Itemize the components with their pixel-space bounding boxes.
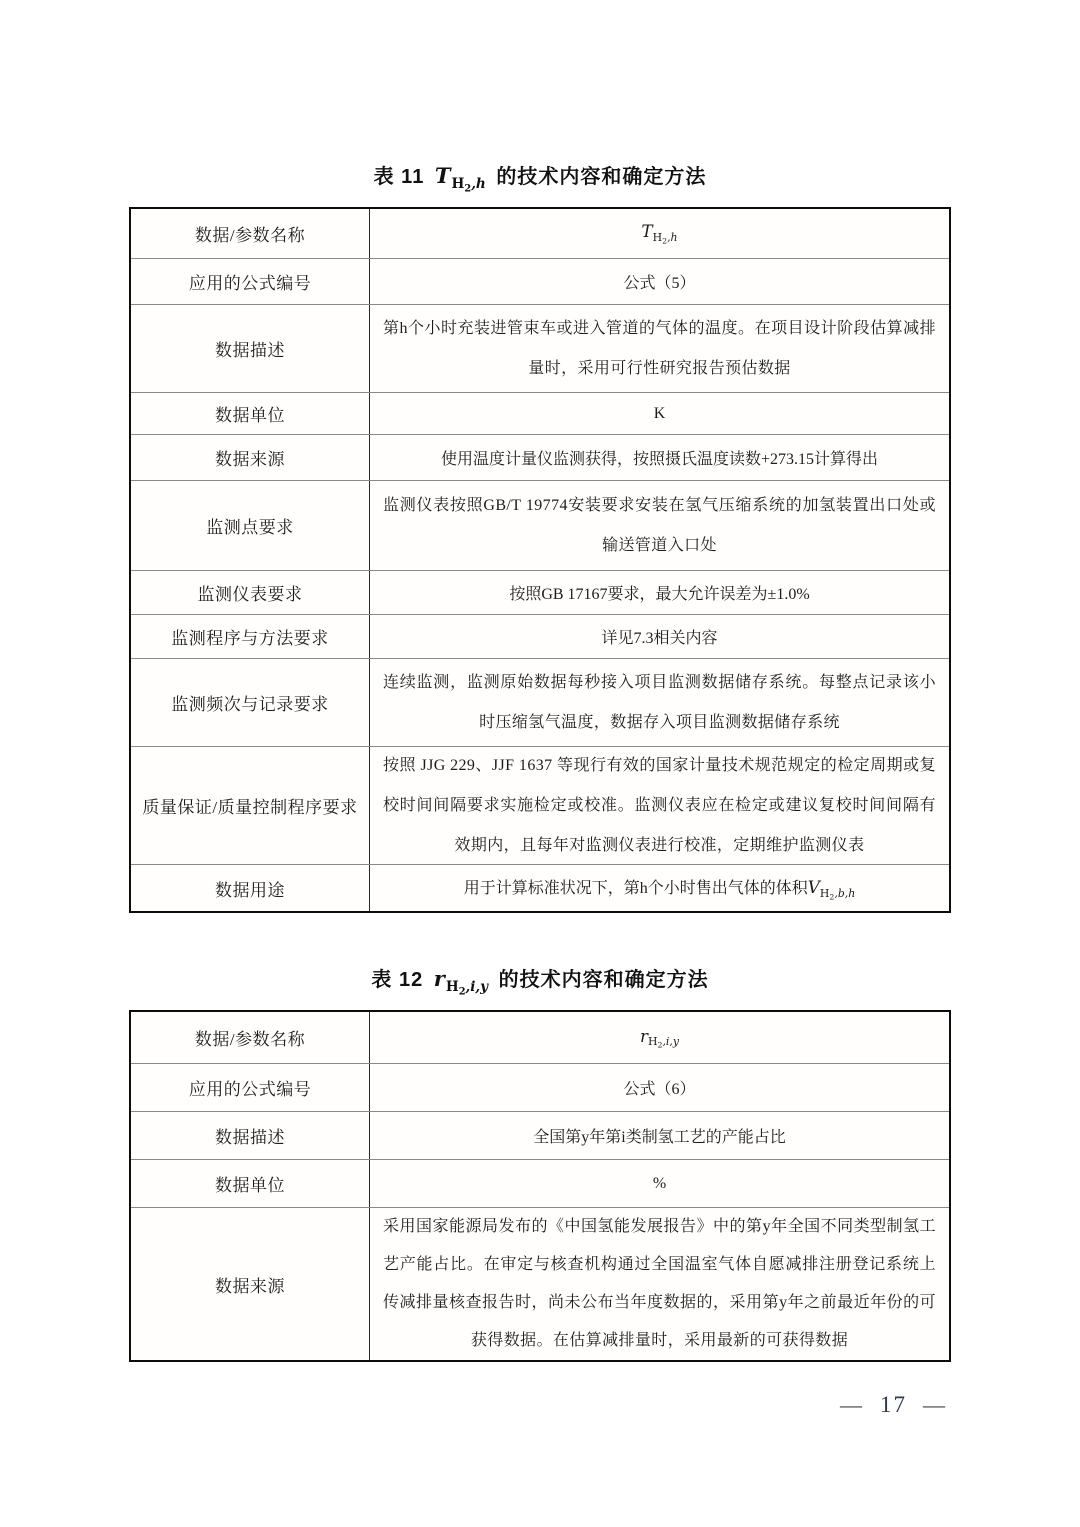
- row-label: 数据来源: [131, 1208, 370, 1360]
- math-symbol-V-H2bh: VH2,b,h: [808, 878, 855, 897]
- table-row: 数据单位 K: [131, 393, 949, 435]
- table-12: 数据/参数名称 rH2,i,y 应用的公式编号 公式（6） 数据描述 全国第y年…: [129, 1010, 951, 1362]
- table-11: 数据/参数名称 TH2,h 应用的公式编号 公式（5） 数据描述 第h个小时充装…: [129, 207, 951, 913]
- table-row: 数据描述 第h个小时充装进管束车或进入管道的气体的温度。在项目设计阶段估算减排量…: [131, 305, 949, 393]
- math-symbol-r-H2iy: rH2,i,y: [434, 967, 488, 991]
- table-row: 数据描述 全国第y年第i类制氢工艺的产能占比: [131, 1112, 949, 1160]
- row-value: 采用国家能源局发布的《中国氢能发展报告》中的第y年全国不同类型制氢工艺产能占比。…: [370, 1208, 949, 1360]
- row-value: %: [370, 1160, 949, 1207]
- table-row: 质量保证/质量控制程序要求 按照 JJG 229、JJF 1637 等现行有效的…: [131, 747, 949, 865]
- row-value: 使用温度计量仪监测获得，按照摄氏温度读数+273.15计算得出: [370, 435, 949, 480]
- table-row: 数据单位 %: [131, 1160, 949, 1208]
- row-label: 监测点要求: [131, 481, 370, 570]
- page-number: — 17 —: [840, 1392, 947, 1418]
- math-symbol-T-H2h: TH2,h: [641, 222, 677, 241]
- row-label: 数据单位: [131, 1160, 370, 1207]
- row-value: 用于计算标准状况下，第h个小时售出气体的体积VH2,b,h: [370, 865, 949, 911]
- math-symbol-r-H2iy: rH2,i,y: [640, 1027, 679, 1046]
- row-label: 数据/参数名称: [131, 1012, 370, 1063]
- table-row: 数据/参数名称 TH2,h: [131, 209, 949, 259]
- row-value: K: [370, 393, 949, 434]
- page-number-dash-left: —: [840, 1392, 864, 1418]
- row-value: rH2,i,y: [370, 1012, 949, 1063]
- row-label: 数据/参数名称: [131, 209, 370, 258]
- row-label: 监测仪表要求: [131, 571, 370, 614]
- row-label: 监测程序与方法要求: [131, 615, 370, 658]
- table-row: 应用的公式编号 公式（6）: [131, 1064, 949, 1112]
- table-12-caption-prefix: 表 12: [371, 969, 423, 991]
- row-label: 应用的公式编号: [131, 259, 370, 304]
- row-label: 数据描述: [131, 305, 370, 392]
- table-row: 监测仪表要求 按照GB 17167要求，最大允许误差为±1.0%: [131, 571, 949, 615]
- table-row: 数据来源 采用国家能源局发布的《中国氢能发展报告》中的第y年全国不同类型制氢工艺…: [131, 1208, 949, 1360]
- table-row: 监测点要求 监测仪表按照GB/T 19774安装要求安装在氢气压缩系统的加氢装置…: [131, 481, 949, 571]
- document-page: 表 11 TH2,h 的技术内容和确定方法 数据/参数名称 TH2,h 应用的公…: [0, 0, 1080, 1527]
- table-12-caption: 表 12 rH2,i,y 的技术内容和确定方法: [130, 913, 950, 997]
- row-value: 按照 JJG 229、JJF 1637 等现行有效的国家计量技术规范规定的检定周…: [370, 747, 949, 864]
- table-row: 数据来源 使用温度计量仪监测获得，按照摄氏温度读数+273.15计算得出: [131, 435, 949, 481]
- table-11-caption-prefix: 表 11: [374, 166, 425, 188]
- row-value: 按照GB 17167要求，最大允许误差为±1.0%: [370, 571, 949, 614]
- page-number-value: 17: [880, 1392, 907, 1418]
- table-row: 监测频次与记录要求 连续监测，监测原始数据每秒接入项目监测数据储存系统。每整点记…: [131, 659, 949, 747]
- row-value: 第h个小时充装进管束车或进入管道的气体的温度。在项目设计阶段估算减排量时，采用可…: [370, 305, 949, 392]
- row-value: TH2,h: [370, 209, 949, 258]
- table-11-caption: 表 11 TH2,h 的技术内容和确定方法: [130, 0, 950, 194]
- row-value: 详见7.3相关内容: [370, 615, 949, 658]
- table-row: 监测程序与方法要求 详见7.3相关内容: [131, 615, 949, 659]
- row-label: 数据用途: [131, 865, 370, 911]
- page-number-dash-right: —: [923, 1392, 947, 1418]
- row-label: 数据描述: [131, 1112, 370, 1159]
- row-label: 数据单位: [131, 393, 370, 434]
- math-symbol-T-H2h: TH2,h: [435, 164, 486, 188]
- row-label: 应用的公式编号: [131, 1064, 370, 1111]
- row-value: 监测仪表按照GB/T 19774安装要求安装在氢气压缩系统的加氢装置出口处或输送…: [370, 481, 949, 570]
- row-value: 连续监测，监测原始数据每秒接入项目监测数据储存系统。每整点记录该小时压缩氢气温度…: [370, 659, 949, 746]
- row-value: 全国第y年第i类制氢工艺的产能占比: [370, 1112, 949, 1159]
- row-value: 公式（5）: [370, 259, 949, 304]
- table-11-caption-suffix: 的技术内容和确定方法: [496, 166, 706, 188]
- row-value: 公式（6）: [370, 1064, 949, 1111]
- row-label: 质量保证/质量控制程序要求: [131, 747, 370, 864]
- table-row: 应用的公式编号 公式（5）: [131, 259, 949, 305]
- table-row: 数据用途 用于计算标准状况下，第h个小时售出气体的体积VH2,b,h: [131, 865, 949, 911]
- row-label: 数据来源: [131, 435, 370, 480]
- row-label: 监测频次与记录要求: [131, 659, 370, 746]
- table-row: 数据/参数名称 rH2,i,y: [131, 1012, 949, 1064]
- data-use-text: 用于计算标准状况下，第h个小时售出气体的体积: [464, 880, 808, 897]
- table-12-caption-suffix: 的技术内容和确定方法: [499, 969, 709, 991]
